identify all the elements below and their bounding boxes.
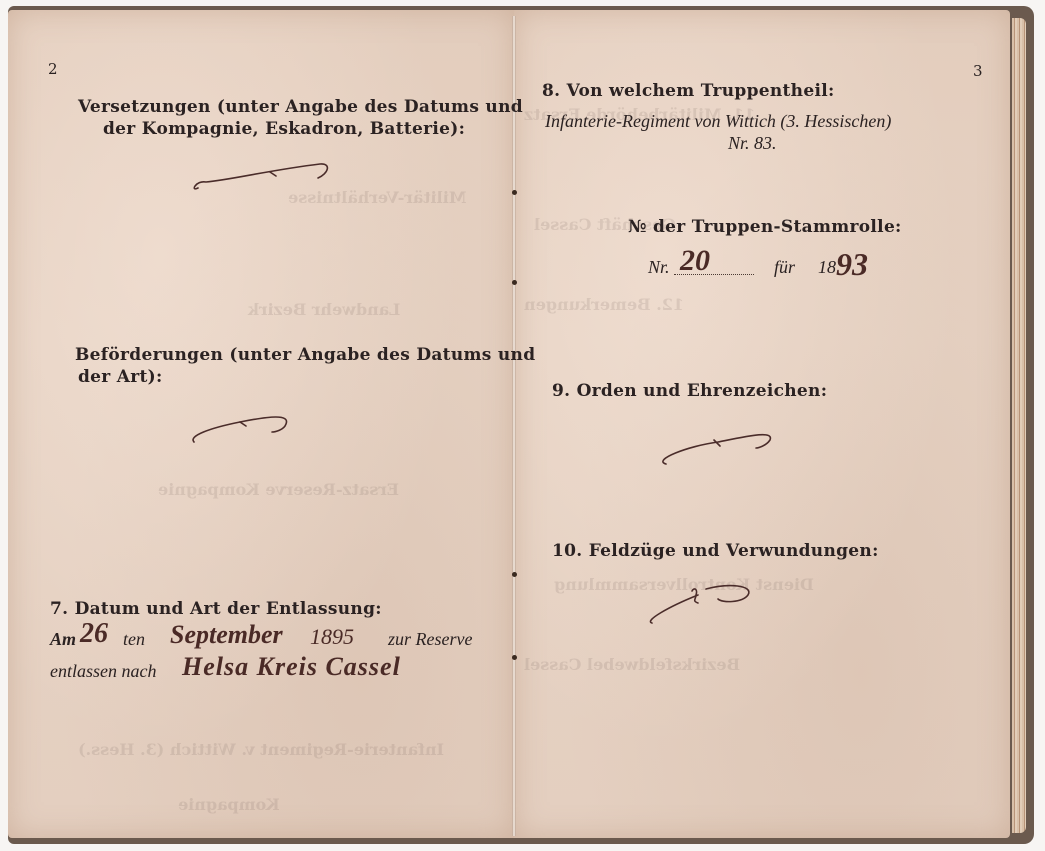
book-spine-gutter [512, 16, 516, 836]
bleed-through-text: Kompagnie [178, 795, 280, 814]
promotions-heading-line2: der Art): [78, 366, 163, 388]
bleed-through-text: 12. Bemerkungen [524, 295, 684, 314]
muster-roll-line: Nr. 20 für 18 93 [648, 248, 908, 288]
day-suffix: ten [123, 628, 145, 650]
discharge-destination-line: entlassen nach Helsa Kreis Cassel [50, 652, 500, 682]
unit-value-line2: Nr. 83. [728, 132, 777, 154]
discharge-heading: 7. Datum und Art der Entlassung: [50, 598, 382, 620]
page-number-right: 3 [973, 62, 983, 80]
am-label: Am [50, 628, 76, 650]
discharge-year: 1895 [310, 624, 354, 650]
binding-stitch [512, 572, 517, 577]
nr-label: Nr. [648, 256, 670, 278]
fuer-label: für [774, 256, 795, 278]
entlassen-nach-label: entlassen nach [50, 660, 156, 682]
binding-stitch [512, 280, 517, 285]
promotions-heading-line1: Beförderungen (unter Angabe des Datums u… [75, 344, 535, 366]
promotions-dash-stroke [190, 410, 300, 446]
discharge-month: September [170, 620, 283, 650]
decorations-dash-stroke [658, 430, 778, 470]
discharge-destination: Helsa Kreis Cassel [182, 652, 401, 682]
bleed-through-text: Infanterie-Regiment v. Wittich (3. Hess.… [78, 740, 444, 759]
muster-roll-heading: № der Truppen-Stammrolle: [628, 216, 902, 238]
muster-roll-year: 93 [836, 246, 868, 283]
binding-stitch [512, 655, 517, 660]
discharge-day: 26 [80, 618, 108, 650]
unit-heading: 8. Von welchem Truppentheil: [542, 80, 835, 102]
page-number-left: 2 [48, 60, 58, 78]
decorations-heading: 9. Orden und Ehrenzeichen: [552, 380, 827, 402]
transfers-heading-line1: Versetzungen (unter Angabe des Datums un… [78, 96, 523, 118]
transfers-heading-line2: der Kompagnie, Eskadron, Batterie): [103, 118, 465, 140]
bleed-through-text: Ersatz-Reserve Kompagnie [158, 480, 399, 499]
bleed-through-text: Bezirksfeldwebel Cassel [524, 655, 740, 674]
binding-stitch [512, 190, 517, 195]
discharge-date-line: Am 26 ten September 1895 zur Reserve [50, 620, 500, 650]
year-prefix: 18 [818, 256, 836, 278]
campaigns-dash-stroke [648, 585, 758, 625]
muster-roll-number: 20 [680, 244, 710, 278]
unit-value-line1: Infanterie-Regiment von Wittich (3. Hess… [545, 110, 891, 132]
page-edges [1012, 18, 1026, 833]
transfers-dash-stroke [190, 158, 330, 198]
bleed-through-text: Landwehr Bezirk [248, 300, 400, 319]
campaigns-heading: 10. Feldzüge und Verwundungen: [552, 540, 879, 562]
reserve-label: zur Reserve [388, 628, 472, 650]
